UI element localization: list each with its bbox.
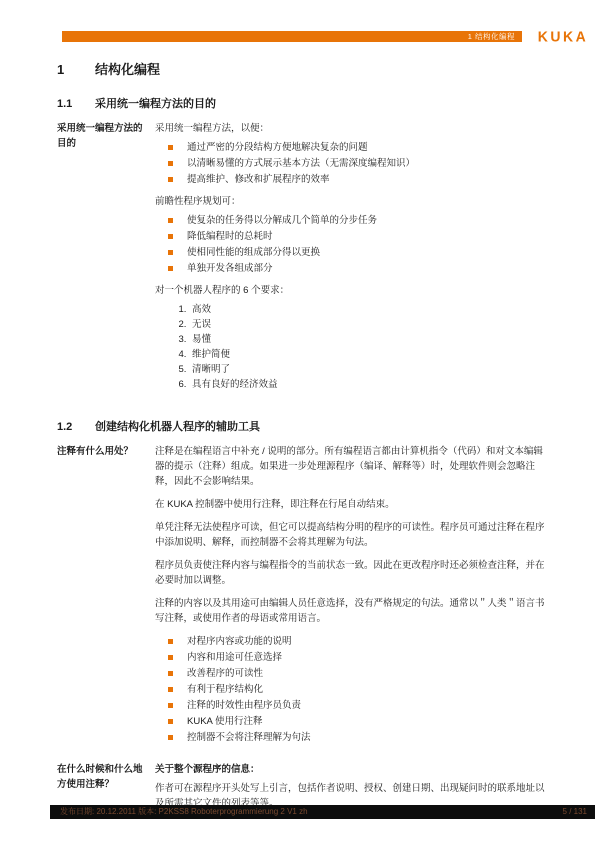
list-item: 高效 [189, 302, 547, 317]
page-number: 5 / 131 [563, 805, 587, 819]
bullet-square-icon [168, 234, 173, 239]
header-chapter-label: 1 结构化编程 [468, 31, 515, 42]
section-title: 采用统一编程方法的目的 [95, 98, 216, 111]
chapter-heading: 1 结构化编程 [57, 62, 600, 77]
document-page: 1 结构化编程 KUKA 1 结构化编程 1.1 采用统一编程方法的目的 采用统… [0, 0, 600, 851]
paragraph: 注释是在编程语言中补充 / 说明的部分。所有编程语言都由计算机指令（代码）和对文… [155, 444, 547, 489]
paragraph: 采用统一编程方法，以便： [155, 121, 547, 136]
chapter-number: 1 [57, 62, 95, 77]
list-item: 改善程序的可读性 [168, 666, 547, 681]
list-item: 清晰明了 [189, 362, 547, 377]
list-item: 通过严密的分段结构方便地解决复杂的问题 [168, 140, 547, 155]
kuka-logo: KUKA [531, 28, 595, 45]
list-item: 对程序内容或功能的说明 [168, 634, 547, 649]
bullet-square-icon [168, 687, 173, 692]
bullet-square-icon [168, 719, 173, 724]
section-1-2-block-1: 注释有什么用处？ 注释是在编程语言中补充 / 说明的部分。所有编程语言都由计算机… [57, 444, 600, 752]
bullet-square-icon [168, 161, 173, 166]
side-label: 注释有什么用处？ [57, 444, 155, 459]
list-item: 无误 [189, 317, 547, 332]
paragraph: 程序员负责使注释内容与编程指令的当前状态一致。因此在更改程序时还必须检查注释，并… [155, 558, 547, 588]
paragraph: 对一个机器人程序的 6 个要求： [155, 283, 547, 298]
bullet-square-icon [168, 655, 173, 660]
comment-points-list: 对程序内容或功能的说明 内容和用途可任意选择 改善程序的可读性 有利于程序结构化… [155, 634, 547, 745]
list-item: 降低编程时的总耗时 [168, 229, 547, 244]
list-item: 具有良好的经济效益 [189, 377, 547, 392]
list-item: 易懂 [189, 332, 547, 347]
list-item: 使相同性能的组成部分得以更换 [168, 245, 547, 260]
section-title: 创建结构化机器人程序的辅助工具 [95, 421, 260, 434]
list-item: 注释的时效性由程序员负责 [168, 698, 547, 713]
section-1-2-body-1: 注释是在编程语言中补充 / 说明的部分。所有编程语言都由计算机指令（代码）和对文… [155, 444, 547, 752]
paragraph: 注释的内容以及其用途可由编辑人员任意选择，没有严格规定的句法。通常以＂人类＂语言… [155, 596, 547, 626]
planning-list: 使复杂的任务得以分解成几个简单的分步任务 降低编程时的总耗时 使相同性能的组成部… [155, 213, 547, 276]
header-bar: 1 结构化编程 [62, 31, 522, 42]
list-item: 使复杂的任务得以分解成几个简单的分步任务 [168, 213, 547, 228]
bullet-square-icon [168, 145, 173, 150]
bullet-square-icon [168, 639, 173, 644]
bullet-square-icon [168, 671, 173, 676]
chapter-title: 结构化编程 [95, 62, 160, 77]
page-content: 1 结构化编程 1.1 采用统一编程方法的目的 采用统一编程方法的目的 采用统一… [0, 58, 600, 819]
bullet-square-icon [168, 218, 173, 223]
list-item: KUKA 使用行注释 [168, 714, 547, 729]
side-label: 在什么时候和什么地方使用注释？ [57, 762, 155, 792]
bullet-square-icon [168, 703, 173, 708]
list-item: 有利于程序结构化 [168, 682, 547, 697]
list-item: 控制器不会将注释理解为句法 [168, 730, 547, 745]
section-number: 1.2 [57, 421, 95, 434]
bullet-square-icon [168, 250, 173, 255]
sub-heading: 关于整个源程序的信息： [155, 762, 547, 777]
bullet-square-icon [168, 735, 173, 740]
goals-list: 通过严密的分段结构方便地解决复杂的问题 以清晰易懂的方式展示基本方法（无需深度编… [155, 140, 547, 187]
list-item: 提高维护、修改和扩展程序的效率 [168, 172, 547, 187]
list-item: 内容和用途可任意选择 [168, 650, 547, 665]
section-heading-1-2: 1.2 创建结构化机器人程序的辅助工具 [57, 421, 600, 434]
bullet-square-icon [168, 266, 173, 271]
paragraph: 单凭注释无法使程序可读，但它可以提高结构分明的程序的可读性。程序员可通过注释在程… [155, 520, 547, 550]
section-1-1-block: 采用统一编程方法的目的 采用统一编程方法，以便： 通过严密的分段结构方便地解决复… [57, 121, 600, 400]
list-item: 以清晰易懂的方式展示基本方法（无需深度编程知识） [168, 156, 547, 171]
bullet-square-icon [168, 177, 173, 182]
release-info: 发布日期: 20.12.2011 版本: P2KSS8 Roboterprogr… [60, 805, 308, 819]
requirements-list: 高效 无误 易懂 维护简便 清晰明了 具有良好的经济效益 [155, 302, 547, 392]
paragraph: 在 KUKA 控制器中使用行注释，即注释在行尾自动结束。 [155, 497, 547, 512]
footer-bar: 发布日期: 20.12.2011 版本: P2KSS8 Roboterprogr… [50, 805, 595, 819]
list-item: 单独开发各组成部分 [168, 261, 547, 276]
paragraph: 前瞻性程序规划可： [155, 194, 547, 209]
section-number: 1.1 [57, 98, 95, 111]
section-heading-1-1: 1.1 采用统一编程方法的目的 [57, 98, 600, 111]
side-label: 采用统一编程方法的目的 [57, 121, 155, 151]
section-1-1-body: 采用统一编程方法，以便： 通过严密的分段结构方便地解决复杂的问题 以清晰易懂的方… [155, 121, 547, 400]
list-item: 维护简便 [189, 347, 547, 362]
